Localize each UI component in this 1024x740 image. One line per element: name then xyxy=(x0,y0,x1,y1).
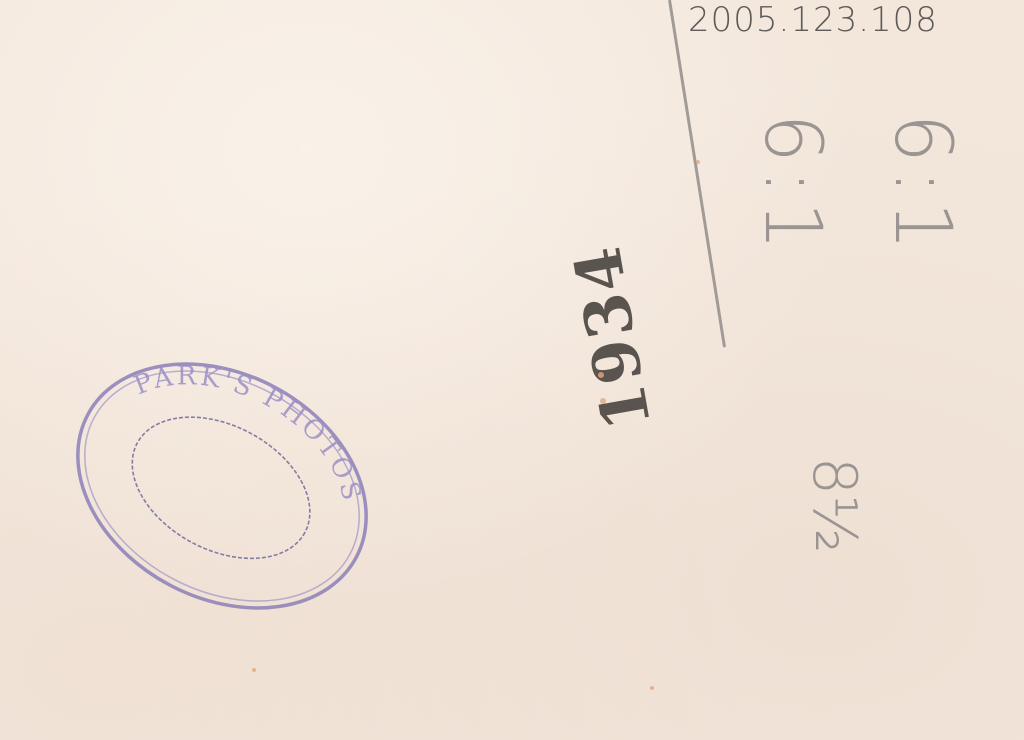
pencil-ratio-left: 6:1 xyxy=(747,113,837,257)
pencil-ratio-right: 6:1 xyxy=(877,113,967,257)
foxing-spot xyxy=(696,160,700,164)
catalog-number: 2005.123.108 xyxy=(688,0,938,40)
pencil-size-note: 8½ xyxy=(799,457,869,553)
foxing-spot xyxy=(252,668,256,672)
studio-stamp: PARK'S PHOTOS xyxy=(62,346,382,626)
foxing-spot xyxy=(598,372,604,378)
svg-text:PARK'S PHOTOS: PARK'S PHOTOS xyxy=(121,346,382,517)
foxing-spot xyxy=(600,398,606,404)
foxing-spot xyxy=(650,686,654,690)
studio-stamp-text: PARK'S PHOTOS xyxy=(121,346,382,517)
